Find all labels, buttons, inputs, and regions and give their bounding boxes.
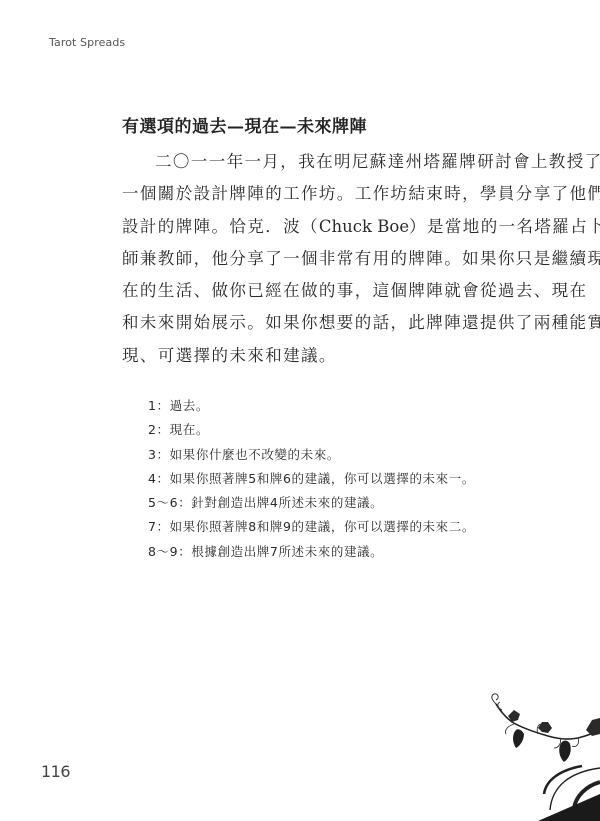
list-item: 4：如果你照著牌5和牌6的建議，你可以選擇的未來一。 (148, 469, 475, 493)
paragraph-line: 現、可選擇的未來和建議。 (122, 340, 488, 372)
paragraph-line: 一個關於設計牌陣的工作坊。工作坊結束時，學員分享了他們 (122, 178, 488, 210)
paragraph-line: 師兼教師，他分享了一個非常有用的牌陣。如果你只是繼續現 (122, 243, 488, 275)
section-title: 有選項的過去—現在—未來牌陣 (122, 112, 367, 137)
paragraph-text: 設計的牌陣。恰克．波（ (122, 217, 319, 236)
spread-positions-list: 1：過去。 2：現在。 3：如果你什麼也不改變的未來。 4：如果你照著牌5和牌6… (148, 396, 475, 566)
paragraph-text: ）是當地的一名塔羅占卜 (409, 217, 600, 236)
list-item: 8～9：根據創造出牌7所述未來的建議。 (148, 542, 475, 566)
grapevine-illustration-icon (478, 690, 600, 821)
list-item: 7：如果你照著牌8和牌9的建議，你可以選擇的未來二。 (148, 517, 475, 541)
page-number: 116 (41, 762, 70, 781)
list-item: 3：如果你什麼也不改變的未來。 (148, 445, 475, 469)
paragraph-line: 二〇一一年一月，我在明尼蘇達州塔羅牌研討會上教授了 (122, 146, 488, 178)
list-item: 5～6：針對創造出牌4所述未來的建議。 (148, 493, 475, 517)
running-header: Tarot Spreads (49, 36, 125, 49)
person-name: Chuck Boe (319, 217, 409, 236)
paragraph-line: 和未來開始展示。如果你想要的話，此牌陣還提供了兩種能實 (122, 307, 488, 339)
paragraph-line: 在的生活、做你已經在做的事，這個牌陣就會從過去、現在 (122, 275, 488, 307)
list-item: 2：現在。 (148, 420, 475, 444)
paragraph-line: 設計的牌陣。恰克．波（Chuck Boe）是當地的一名塔羅占卜 (122, 211, 488, 243)
body-paragraph: 二〇一一年一月，我在明尼蘇達州塔羅牌研討會上教授了 一個關於設計牌陣的工作坊。工… (122, 146, 488, 372)
list-item: 1：過去。 (148, 396, 475, 420)
